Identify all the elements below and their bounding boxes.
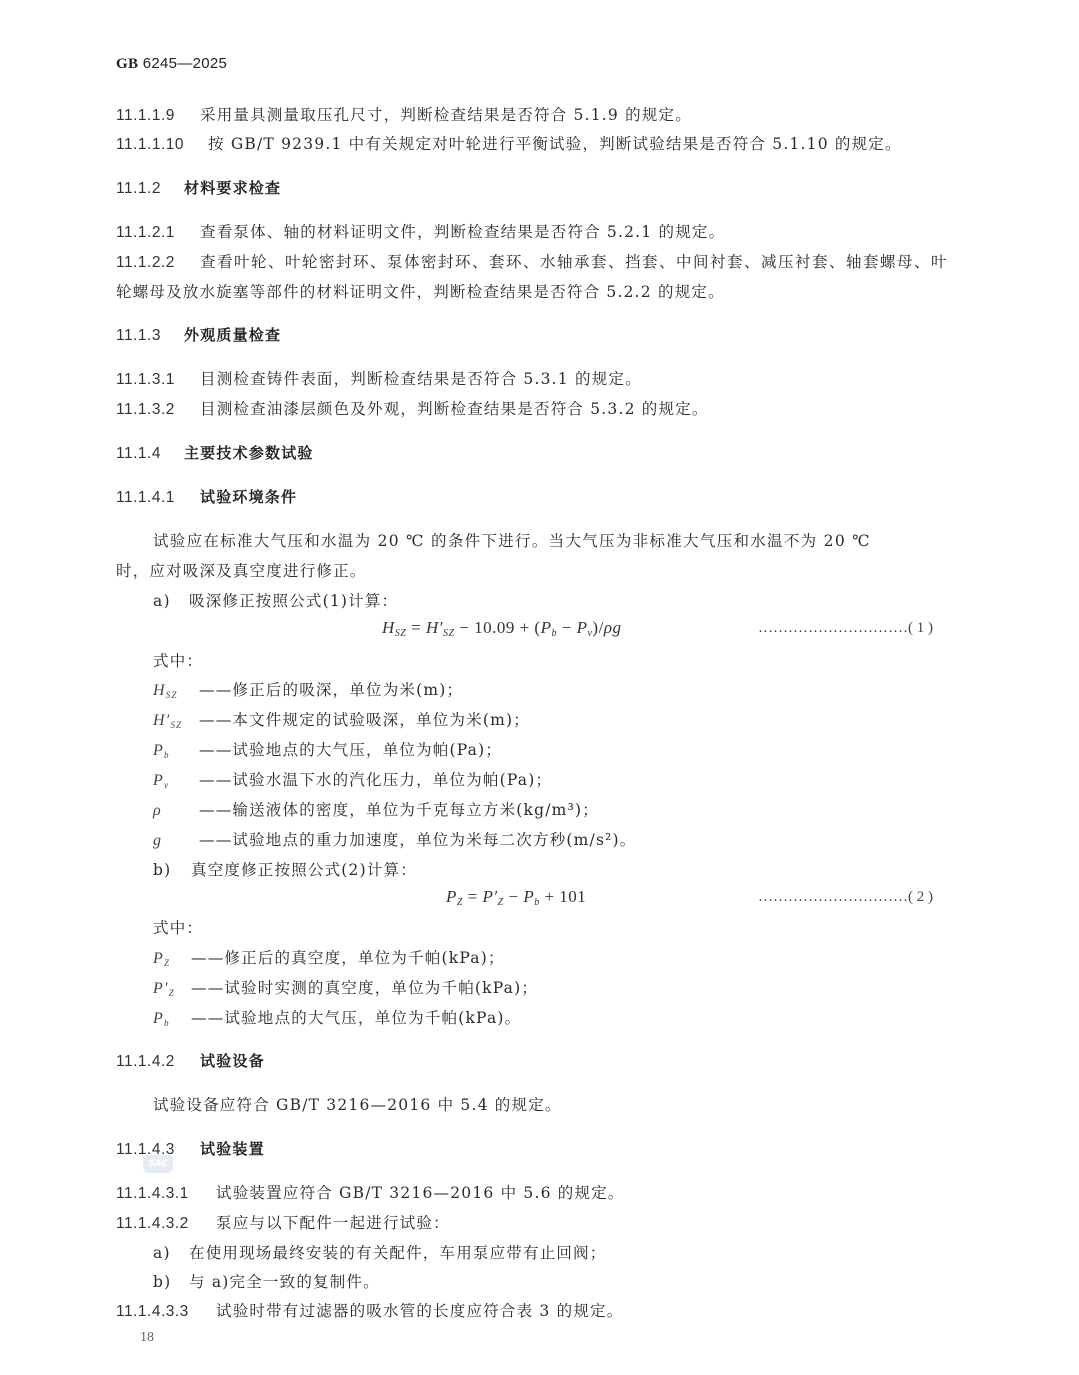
list-text: 吸深修正按照公式(1)计算： — [189, 592, 398, 610]
heading-title: 主要技术参数试验 — [184, 444, 314, 462]
heading-number: 11.1.4.1 — [116, 488, 200, 508]
formula-symbol: H — [382, 618, 395, 637]
where-label-2: 式中： — [153, 918, 203, 938]
clause-number: 11.1.4.3.3 — [116, 1302, 216, 1322]
heading-11-1-4: 11.1.4主要技术参数试验 — [116, 443, 314, 464]
heading-title: 试验装置 — [200, 1140, 265, 1158]
formula-symbol: H′ — [426, 618, 443, 637]
list-item-b: b)真空度修正按照公式(2)计算： — [153, 860, 417, 880]
formula-operator: − — [557, 618, 577, 637]
formula-operator: = — [406, 618, 426, 637]
clause-11-1-4-3-2: 11.1.4.3.2泵应与以下配件一起进行试验： — [116, 1213, 450, 1234]
where-label-1: 式中： — [153, 651, 203, 671]
formula-operator: − 10.09 + ( — [455, 618, 541, 637]
clause-text: 采用量具测量取压孔尺寸，判断检查结果是否符合 5.1.9 的规定。 — [200, 106, 692, 124]
setup-item-a: a)在使用现场最终安装的有关配件，车用泵应带有止回阀； — [153, 1243, 607, 1263]
heading-title: 外观质量检查 — [184, 326, 281, 344]
document-page: GB 6245—2025 11.1.1.9采用量具测量取压孔尺寸，判断检查结果是… — [0, 0, 1079, 1375]
list-text: 在使用现场最终安装的有关配件，车用泵应带有止回阀； — [189, 1244, 607, 1262]
list-label: a) — [153, 591, 189, 611]
variable-description: ——输送液体的密度，单位为千克每立方米(kg/m³)； — [199, 801, 599, 819]
clause-text: 轮螺母及放水旋塞等部件的材料证明文件，判断检查结果是否符合 5.2.2 的规定。 — [116, 283, 725, 301]
clause-number: 11.1.3.1 — [116, 370, 200, 390]
variable-definition: g——试验地点的重力加速度，单位为米每二次方秒(m/s²)。 — [153, 830, 636, 855]
clause-number: 11.1.2.1 — [116, 223, 200, 243]
heading-title: 材料要求检查 — [184, 179, 281, 197]
heading-11-1-3: 11.1.3外观质量检查 — [116, 325, 281, 346]
paragraph-text: 试验应在标准大气压和水温为 20 ℃ 的条件下进行。当大气压为非标准大气压和水温… — [153, 532, 871, 550]
list-item-a: a)吸深修正按照公式(1)计算： — [153, 591, 398, 611]
variable-definition: H′SZ——本文件规定的试验吸深，单位为米(m)； — [153, 710, 530, 735]
clause-text: 按 GB/T 9239.1 中有关规定对叶轮进行平衡试验，判断试验结果是否符合 … — [208, 135, 902, 153]
variable-symbol: P′Z — [153, 979, 191, 1003]
where-label: 式中： — [153, 652, 203, 670]
formula-symbol: P — [523, 887, 534, 906]
heading-number: 11.1.4.2 — [116, 1052, 200, 1072]
formula-1-number: …………………………( 1 ) — [758, 620, 933, 637]
clause-text: 泵应与以下配件一起进行试验： — [216, 1214, 450, 1232]
variable-definition: Pb——试验地点的大气压，单位为帕(Pa)； — [153, 740, 502, 765]
clause-number: 11.1.4.3.2 — [116, 1214, 216, 1234]
variable-symbol: Pb — [153, 1009, 191, 1033]
variable-definition: Pv——试验水温下水的汽化压力，单位为帕(Pa)； — [153, 770, 552, 795]
variable-symbol: g — [153, 831, 199, 855]
equipment-paragraph: 试验设备应符合 GB/T 3216—2016 中 5.4 的规定。 — [153, 1095, 562, 1115]
variable-definition: ρ——输送液体的密度，单位为千克每立方米(kg/m³)； — [153, 800, 599, 825]
clause-11-1-3-1: 11.1.3.1目测检查铸件表面，判断检查结果是否符合 5.3.1 的规定。 — [116, 369, 642, 390]
paragraph-text: 试验设备应符合 GB/T 3216—2016 中 5.4 的规定。 — [153, 1096, 562, 1114]
formula-2: PZ = P′Z − Pb + 101 — [446, 887, 586, 908]
clause-number: 11.1.2.2 — [116, 253, 200, 273]
formula-symbol: P — [577, 618, 588, 637]
list-text: 与 a)完全一致的复制件。 — [189, 1273, 380, 1291]
clause-11-1-2-1: 11.1.2.1查看泵体、轴的材料证明文件，判断检查结果是否符合 5.2.1 的… — [116, 222, 725, 243]
heading-11-1-2: 11.1.2材料要求检查 — [116, 178, 281, 199]
formula-2-number: …………………………( 2 ) — [758, 889, 933, 906]
variable-symbol: HSZ — [153, 681, 199, 705]
variable-definition: PZ——修正后的真空度，单位为千帕(kPa)； — [153, 948, 505, 973]
clause-number: 11.1.1.9 — [116, 106, 200, 126]
variable-definition: P′Z——试验时实测的真空度，单位为千帕(kPa)； — [153, 978, 538, 1003]
clause-number: 11.1.1.10 — [116, 135, 208, 155]
sac-watermark-icon: SAC — [143, 1155, 173, 1173]
variable-definition: Pb——试验地点的大气压，单位为千帕(kPa)。 — [153, 1008, 521, 1033]
clause-text: 查看叶轮、叶轮密封环、泵体密封环、套环、水轴承套、挡套、中间衬套、减压衬套、轴套… — [200, 253, 948, 271]
list-label: b) — [153, 860, 191, 880]
paragraph-text: 时，应对吸深及真空度进行修正。 — [116, 562, 367, 580]
heading-title: 试验设备 — [200, 1052, 265, 1070]
formula-1: HSZ = H′SZ − 10.09 + (Pb − Pv)/ρg — [382, 618, 621, 639]
variable-symbol: Pv — [153, 771, 199, 795]
clause-11-1-2-2-continued: 轮螺母及放水旋塞等部件的材料证明文件，判断检查结果是否符合 5.2.2 的规定。 — [116, 282, 725, 302]
variable-description: ——试验时实测的真空度，单位为千帕(kPa)； — [191, 979, 538, 997]
variable-symbol: ρ — [153, 801, 199, 825]
variable-description: ——试验水温下水的汽化压力，单位为帕(Pa)； — [199, 771, 552, 789]
formula-symbol: P — [541, 618, 552, 637]
heading-11-1-4-2: 11.1.4.2试验设备 — [116, 1051, 265, 1072]
env-paragraph-line-2: 时，应对吸深及真空度进行修正。 — [116, 561, 367, 581]
heading-11-1-4-1: 11.1.4.1试验环境条件 — [116, 487, 297, 508]
formula-symbol: P′ — [483, 887, 498, 906]
variable-definition: HSZ——修正后的吸深，单位为米(m)； — [153, 680, 463, 705]
variable-description: ——试验地点的大气压，单位为千帕(kPa)。 — [191, 1009, 521, 1027]
formula-operator: = — [463, 887, 483, 906]
heading-number: 11.1.3 — [116, 326, 184, 346]
formula-symbol: P — [446, 887, 457, 906]
formula-subscript: SZ — [443, 628, 455, 639]
variable-description: ——试验地点的大气压，单位为帕(Pa)； — [199, 741, 502, 759]
setup-item-b: b)与 a)完全一致的复制件。 — [153, 1272, 380, 1292]
standard-code: GB 6245—2025 — [116, 55, 227, 73]
list-text: 真空度修正按照公式(2)计算： — [191, 861, 417, 879]
standard-number: 6245—2025 — [143, 55, 227, 72]
formula-subscript: SZ — [395, 628, 407, 639]
heading-number: 11.1.2 — [116, 179, 184, 199]
variable-description: ——本文件规定的试验吸深，单位为米(m)； — [199, 711, 530, 729]
clause-11-1-4-3-1: 11.1.4.3.1试验装置应符合 GB/T 3216—2016 中 5.6 的… — [116, 1183, 625, 1204]
variable-symbol: Pb — [153, 741, 199, 765]
variable-symbol: H′SZ — [153, 711, 199, 735]
variable-description: ——修正后的真空度，单位为千帕(kPa)； — [191, 949, 505, 967]
heading-11-1-4-3: 11.1.4.3试验装置 — [116, 1139, 265, 1160]
formula-operator: − — [504, 887, 524, 906]
clause-number: 11.1.4.3.1 — [116, 1184, 216, 1204]
page-number: 18 — [140, 1330, 154, 1346]
clause-11-1-4-3-3: 11.1.4.3.3试验时带有过滤器的吸水管的长度应符合表 3 的规定。 — [116, 1301, 623, 1322]
clause-11-1-1-10: 11.1.1.10按 GB/T 9239.1 中有关规定对叶轮进行平衡试验，判断… — [116, 134, 902, 155]
where-label: 式中： — [153, 919, 203, 937]
formula-operator: + 101 — [540, 887, 587, 906]
variable-description: ——试验地点的重力加速度，单位为米每二次方秒(m/s²)。 — [199, 831, 636, 849]
variable-symbol: PZ — [153, 949, 191, 973]
clause-text: 试验装置应符合 GB/T 3216—2016 中 5.6 的规定。 — [216, 1184, 625, 1202]
heading-title: 试验环境条件 — [200, 488, 297, 506]
clause-text: 目测检查油漆层颜色及外观，判断检查结果是否符合 5.3.2 的规定。 — [200, 400, 709, 418]
variable-description: ——修正后的吸深，单位为米(m)； — [199, 681, 463, 699]
heading-number: 11.1.4 — [116, 444, 184, 464]
clause-text: 试验时带有过滤器的吸水管的长度应符合表 3 的规定。 — [216, 1302, 623, 1320]
standard-prefix: GB — [116, 56, 138, 72]
formula-operator: )/ — [592, 618, 603, 637]
clause-text: 目测检查铸件表面，判断检查结果是否符合 5.3.1 的规定。 — [200, 370, 642, 388]
clause-11-1-3-2: 11.1.3.2目测检查油漆层颜色及外观，判断检查结果是否符合 5.3.2 的规… — [116, 399, 709, 420]
list-label: b) — [153, 1272, 189, 1292]
env-paragraph-line-1: 试验应在标准大气压和水温为 20 ℃ 的条件下进行。当大气压为非标准大气压和水温… — [153, 531, 871, 551]
clause-11-1-2-2: 11.1.2.2查看叶轮、叶轮密封环、泵体密封环、套环、水轴承套、挡套、中间衬套… — [116, 252, 948, 273]
list-label: a) — [153, 1243, 189, 1263]
clause-number: 11.1.3.2 — [116, 400, 200, 420]
formula-symbol: ρg — [604, 618, 622, 637]
clause-11-1-1-9: 11.1.1.9采用量具测量取压孔尺寸，判断检查结果是否符合 5.1.9 的规定… — [116, 105, 692, 126]
clause-text: 查看泵体、轴的材料证明文件，判断检查结果是否符合 5.2.1 的规定。 — [200, 223, 725, 241]
